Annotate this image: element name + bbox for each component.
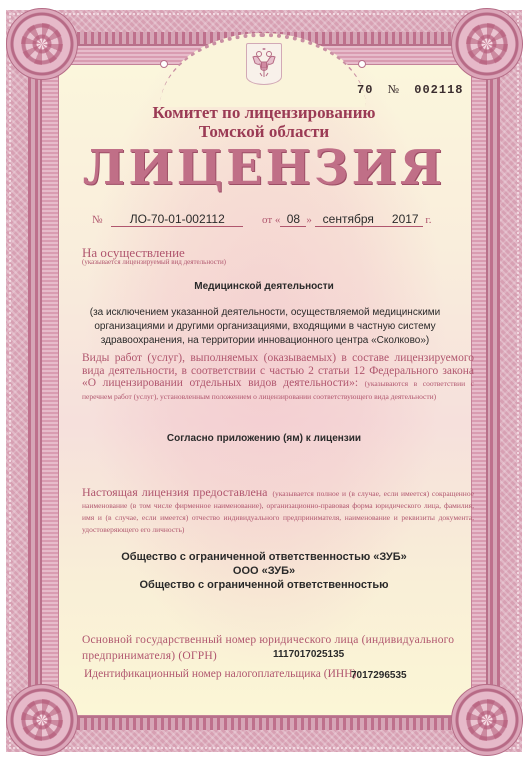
works-value: Согласно приложению (ям) к лицензии xyxy=(58,433,470,444)
ogrn-label: Основной государственный номер юридическ… xyxy=(82,634,454,662)
activity-hint: (указывается лицензируемый вид деятельно… xyxy=(82,258,226,267)
corner-rosette-icon-top-right xyxy=(451,8,523,80)
serial-number-value: 002118 xyxy=(414,83,463,97)
serial-number-sign: № xyxy=(388,82,400,96)
activity-exception: (за исключением указанной деятельности, … xyxy=(62,306,468,348)
license-number-row: № ЛО-70-01-002112 xyxy=(92,212,243,227)
grantee-label: Настоящая лицензия предоставлена xyxy=(82,485,268,499)
inn-value: 7017296535 xyxy=(351,670,407,681)
license-number-value: ЛО-70-01-002112 xyxy=(111,212,243,227)
form-serial-number: 70 № 002118 xyxy=(357,82,463,97)
works-block: Виды работ (услуг), выполняемых (оказыва… xyxy=(82,352,474,402)
corner-rosette-icon-bottom-left xyxy=(6,684,78,756)
activity-value: Медицинской деятельности xyxy=(58,281,470,292)
license-date-row: от «08» сентября2017 г. xyxy=(262,212,431,227)
ogrn-value: 1117017025135 xyxy=(273,649,344,660)
arch-end-dot-right xyxy=(358,60,366,68)
document-title: ЛИЦЕНЗИЯ xyxy=(58,140,470,196)
grantee-legal-form: Общество с ограниченной ответственностью xyxy=(58,578,470,592)
date-month-year: сентября2017 xyxy=(315,212,423,227)
grantee-full-name: Общество с ограниченной ответственностью… xyxy=(58,550,470,564)
corner-rosette-icon-top-left xyxy=(6,8,78,80)
date-year: 2017 xyxy=(392,212,419,226)
date-month: сентября xyxy=(323,212,374,226)
grantee-block: Настоящая лицензия предоставлена (указыв… xyxy=(82,487,474,535)
arch-end-dot-left xyxy=(160,60,168,68)
date-close-quote: » xyxy=(306,214,312,226)
date-year-suffix: г. xyxy=(425,214,431,226)
corner-rosette-icon-bottom-right xyxy=(451,684,523,756)
grantee-names: Общество с ограниченной ответственностью… xyxy=(58,550,470,592)
license-number-label: № xyxy=(92,214,103,226)
issuing-authority-line1: Комитет по лицензированию xyxy=(58,103,470,123)
serial-region: 70 xyxy=(357,83,373,97)
date-day: 08 xyxy=(280,212,306,227)
grantee-short-name: ООО «ЗУБ» xyxy=(58,564,470,578)
inn-label: Идентификационный номер налогоплательщик… xyxy=(84,668,356,680)
issuing-authority-line2: Томской области xyxy=(58,122,470,142)
date-from-label: от xyxy=(262,214,272,226)
russian-coat-of-arms-icon xyxy=(246,43,282,85)
